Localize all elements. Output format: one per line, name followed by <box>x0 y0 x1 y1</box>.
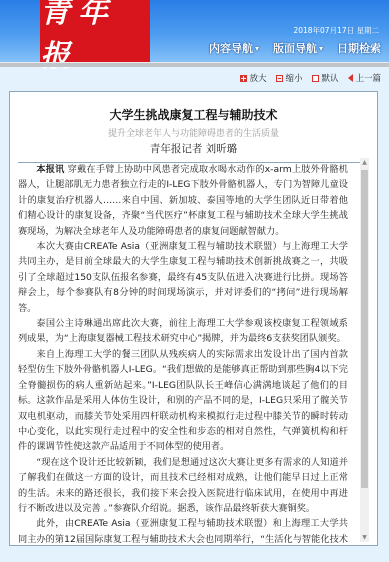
issue-date: 2018年07月17日 星期二 <box>293 25 379 36</box>
article-title: 大学生挑战康复工程与辅助技术 <box>10 106 377 123</box>
article-byline: 青年报记者 刘昕璐 <box>10 141 377 156</box>
site-header: 青年报 2018年07月17日 星期二 内容导航 ▾ 版面导航 ▾ 日期检索 <box>0 0 389 62</box>
article-paragraph: 来自上海理工大学的餐三团队从残疾病人的实际需求出发设计出了国内首款轻型仿生下肢外… <box>18 347 348 455</box>
zoom-in-label: 放大 <box>249 72 266 84</box>
default-size-label: 默认 <box>321 72 338 84</box>
article-paragraph: 此外，由CREATe Asia（亚洲康复工程与辅助技术联盟）和上海理工大学共同主… <box>18 516 348 546</box>
article-toolbar: 放大 缩小 默认 上一篇 <box>240 72 381 84</box>
scroll-up-icon[interactable]: ▲ <box>360 158 369 167</box>
article-subtitle: 提升全球老年人与功能障碍患者的生活质量 <box>10 126 377 139</box>
scroll-thumb[interactable] <box>361 170 368 488</box>
chevron-down-icon: ▾ <box>319 44 323 53</box>
nav-label: 内容导航 <box>209 40 253 56</box>
zoom-out-label: 缩小 <box>285 72 302 84</box>
newspaper-logo[interactable]: 青年报 <box>40 0 150 62</box>
article-body: 本报讯 穿戴在手臂上协助中风患者完成取水喝水动作的x-arm上肢外骨骼机器人，让… <box>18 158 348 546</box>
article-paragraph: “现在这个设计还比较新颖，我们是想通过这次大赛让更多有需求的人知道并了解我们在做… <box>18 455 348 517</box>
chevron-down-icon: ▾ <box>255 44 259 53</box>
header-nav: 内容导航 ▾ 版面导航 ▾ 日期检索 <box>209 40 381 56</box>
nav-page-navigation[interactable]: 版面导航 ▾ <box>273 40 323 56</box>
nav-date-search[interactable]: 日期检索 <box>337 40 381 56</box>
previous-article-label: 上一篇 <box>355 72 381 84</box>
lead-label: 本报讯 <box>36 164 64 175</box>
zoom-in-icon <box>240 75 247 82</box>
previous-article-button[interactable]: 上一篇 <box>348 72 381 84</box>
article-scrollbar[interactable]: ▲ ▼ <box>360 158 369 542</box>
zoom-out-icon <box>276 75 283 82</box>
nav-content-navigation[interactable]: 内容导航 ▾ <box>209 40 259 56</box>
zoom-in-button[interactable]: 放大 <box>240 72 266 84</box>
zoom-out-button[interactable]: 缩小 <box>276 72 302 84</box>
default-size-icon <box>312 75 319 82</box>
article-paragraph: 本报讯 穿戴在手臂上协助中风患者完成取水喝水动作的x-arm上肢外骨骼机器人，让… <box>18 162 348 239</box>
nav-label: 版面导航 <box>273 40 317 56</box>
nav-label: 日期检索 <box>337 40 381 56</box>
article-paragraph: 泰国公主诗琳通出席此次大赛，前往上海理工大学参观该校康复工程领域系列成果，为“上… <box>18 316 348 347</box>
paragraph-text: 穿戴在手臂上协助中风患者完成取水喝水动作的x-arm上肢外骨骼机器人，让腿部肌无… <box>18 164 348 237</box>
article-paragraph: 本次大赛由CREATe Asia（亚洲康复工程与辅助技术联盟）与上海理工大学共同… <box>18 239 348 316</box>
scroll-down-icon[interactable]: ▼ <box>360 533 369 542</box>
default-size-button[interactable]: 默认 <box>312 72 338 84</box>
previous-arrow-icon <box>348 74 353 82</box>
article-panel: 大学生挑战康复工程与辅助技术 提升全球老年人与功能障碍患者的生活质量 青年报记者… <box>9 91 378 546</box>
header-divider <box>0 62 389 67</box>
